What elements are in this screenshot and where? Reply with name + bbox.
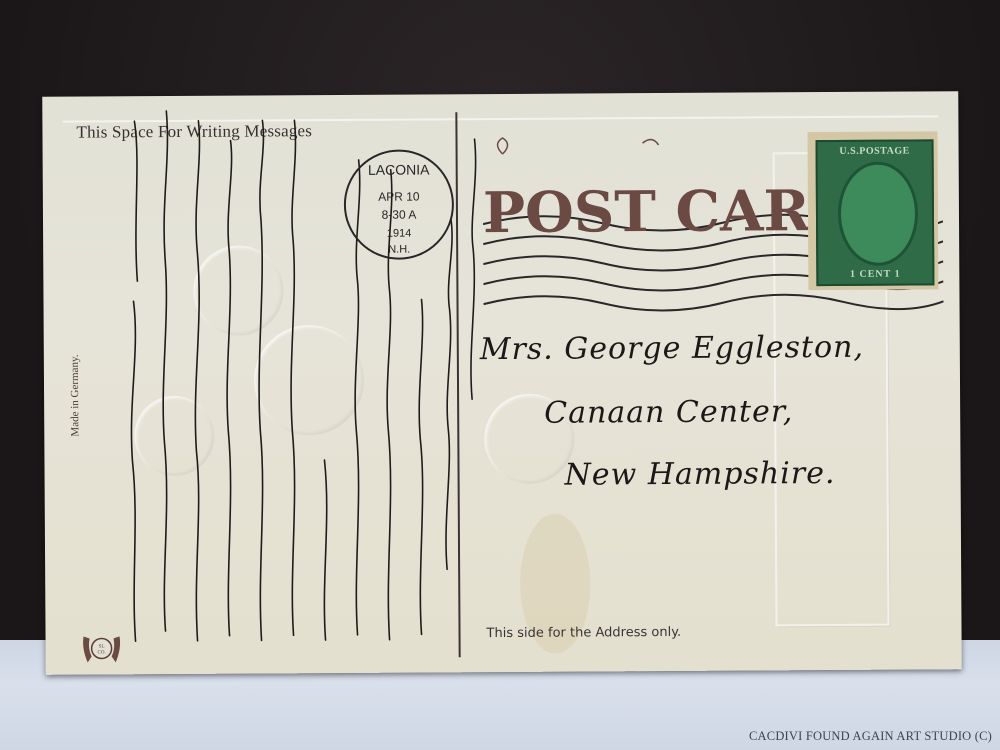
copyright-watermark: CACDIVI FOUND AGAIN ART STUDIO (C): [749, 729, 992, 744]
svg-text:CO.: CO.: [98, 650, 106, 655]
post-card-title: POST CARD: [472, 132, 813, 274]
address-line-3: New Hampshire.: [564, 456, 835, 493]
svg-text:SL: SL: [99, 644, 105, 649]
svg-text:POST CARD: POST CARD: [483, 178, 814, 246]
publisher-logo-icon: SL CO.: [79, 626, 123, 670]
postcard: This Space For Writing Messages Made in …: [42, 91, 962, 675]
postmark: LACONIA APR 10 8-30 A 1914 N.H.: [339, 144, 460, 265]
washington-portrait: [838, 161, 919, 265]
svg-text:8-30 A: 8-30 A: [382, 208, 417, 222]
address-line-2: Canaan Center,: [544, 394, 793, 431]
svg-text:LACONIA: LACONIA: [368, 161, 430, 177]
stamp-top-text: U.S.POSTAGE: [818, 145, 932, 157]
address-line-1: Mrs. George Eggleston,: [480, 330, 864, 367]
svg-text:APR 10: APR 10: [378, 189, 420, 203]
stamp-denomination: 1 CENT 1: [818, 268, 932, 280]
made-in-label: Made in Germany.: [69, 354, 82, 436]
svg-text:1914: 1914: [387, 228, 412, 240]
postage-stamp: U.S.POSTAGE 1 CENT 1: [807, 131, 938, 290]
address-side-footer: This side for the Address only.: [486, 625, 681, 641]
svg-text:N.H.: N.H.: [388, 244, 410, 256]
